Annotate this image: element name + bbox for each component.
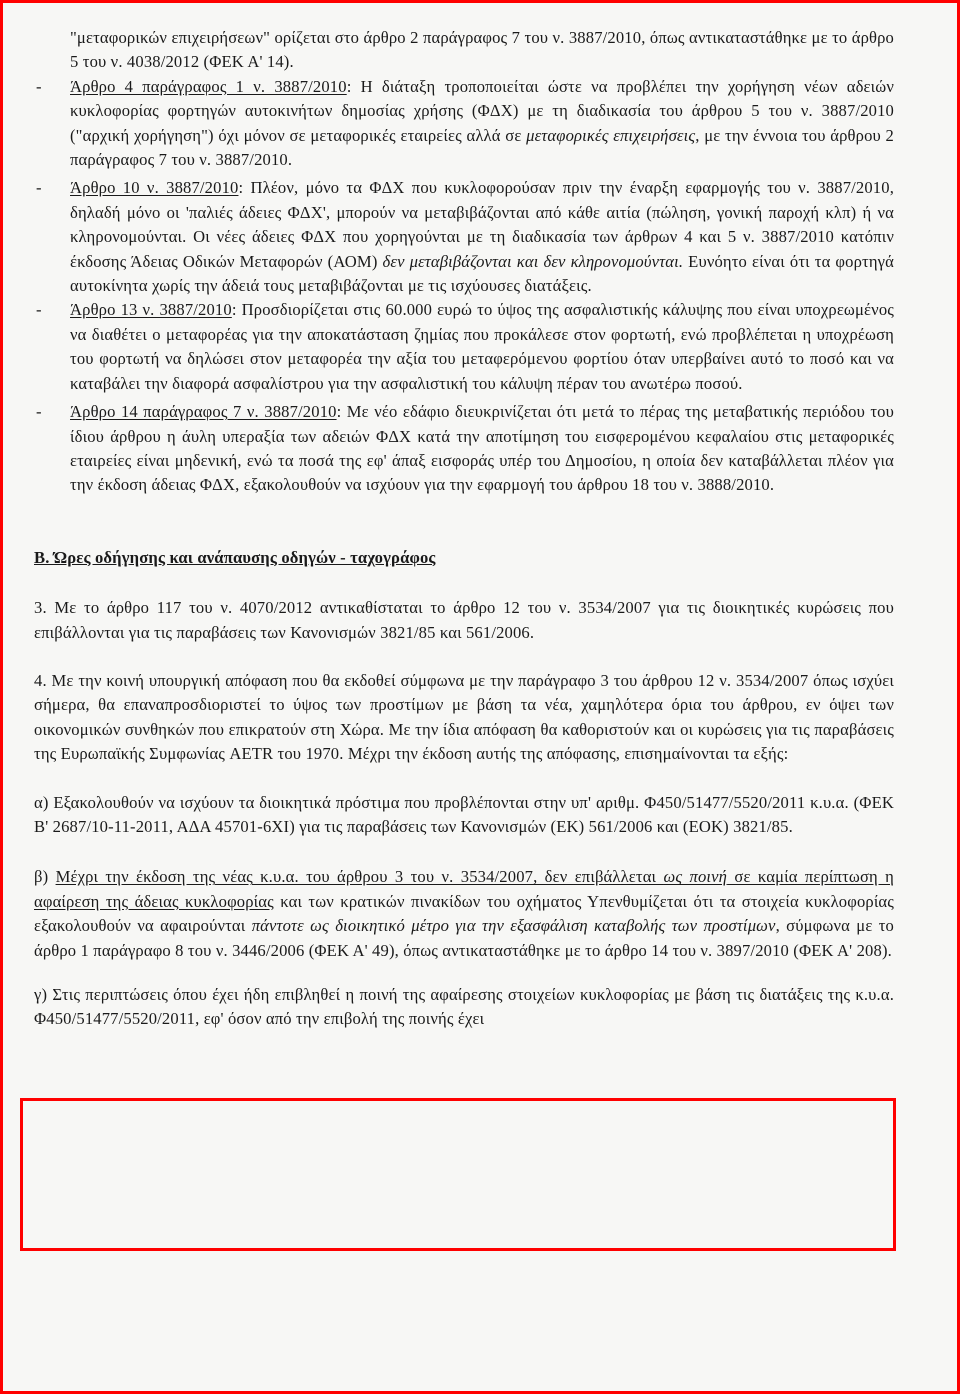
item-b: β) Μέχρι την έκδοση της νέας κ.υ.α. του …	[34, 865, 894, 963]
dash-bullet: -	[36, 298, 42, 322]
paragraph-4: 4. Με την κοινή υπουργική απόφαση που θα…	[34, 669, 894, 767]
item-b-underlined-text: Μέχρι την έκδοση της νέας κ.υ.α. του άρθ…	[56, 867, 664, 886]
section-b-heading: Β. Ώρες οδήγησης και ανάπαυσης οδηγών - …	[34, 546, 894, 570]
article-item: -Άρθρο 14 παράγραφος 7 ν. 3887/2010: Με …	[34, 400, 894, 498]
article-item: -Άρθρο 13 ν. 3887/2010: Προσδιορίζεται σ…	[34, 298, 894, 396]
item-b-italic-text: πάντοτε ως διοικητικό μέτρο για την εξασ…	[252, 916, 776, 935]
article-heading: Άρθρο 10 ν. 3887/2010	[70, 178, 238, 197]
article-heading: Άρθρο 4 παράγραφος 1 ν. 3887/2010	[70, 77, 347, 96]
item-c: γ) Στις περιπτώσεις όπου έχει ήδη επιβλη…	[34, 983, 894, 1032]
article-heading: Άρθρο 13 ν. 3887/2010	[70, 300, 232, 319]
intro-paragraph: "μεταφορικών επιχειρήσεων" ορίζεται στο …	[34, 26, 894, 75]
article-item: -Άρθρο 4 παράγραφος 1 ν. 3887/2010: Η δι…	[34, 75, 894, 173]
item-b-underlined-italic-text: ως ποινή	[663, 867, 727, 886]
item-b-prefix: β)	[34, 867, 56, 886]
article-item: -Άρθρο 10 ν. 3887/2010: Πλέον, μόνο τα Φ…	[34, 176, 894, 298]
article-italic-text: μεταφορικές επιχειρήσεις	[526, 126, 695, 145]
document-page: "μεταφορικών επιχειρήσεων" ορίζεται στο …	[34, 22, 894, 1032]
article-heading: Άρθρο 14 παράγραφος 7 ν. 3887/2010	[70, 402, 337, 421]
dash-bullet: -	[36, 176, 42, 200]
dash-bullet: -	[36, 75, 42, 99]
paragraph-3: 3. Με το άρθρο 117 του ν. 4070/2012 αντι…	[34, 596, 894, 645]
article-list: -Άρθρο 4 παράγραφος 1 ν. 3887/2010: Η δι…	[34, 75, 894, 498]
item-a: α) Εξακολουθούν να ισχύουν τα διοικητικά…	[34, 791, 894, 840]
article-italic-text: δεν μεταβιβάζονται και δεν κληρονομούντα…	[383, 252, 684, 271]
dash-bullet: -	[36, 400, 42, 424]
